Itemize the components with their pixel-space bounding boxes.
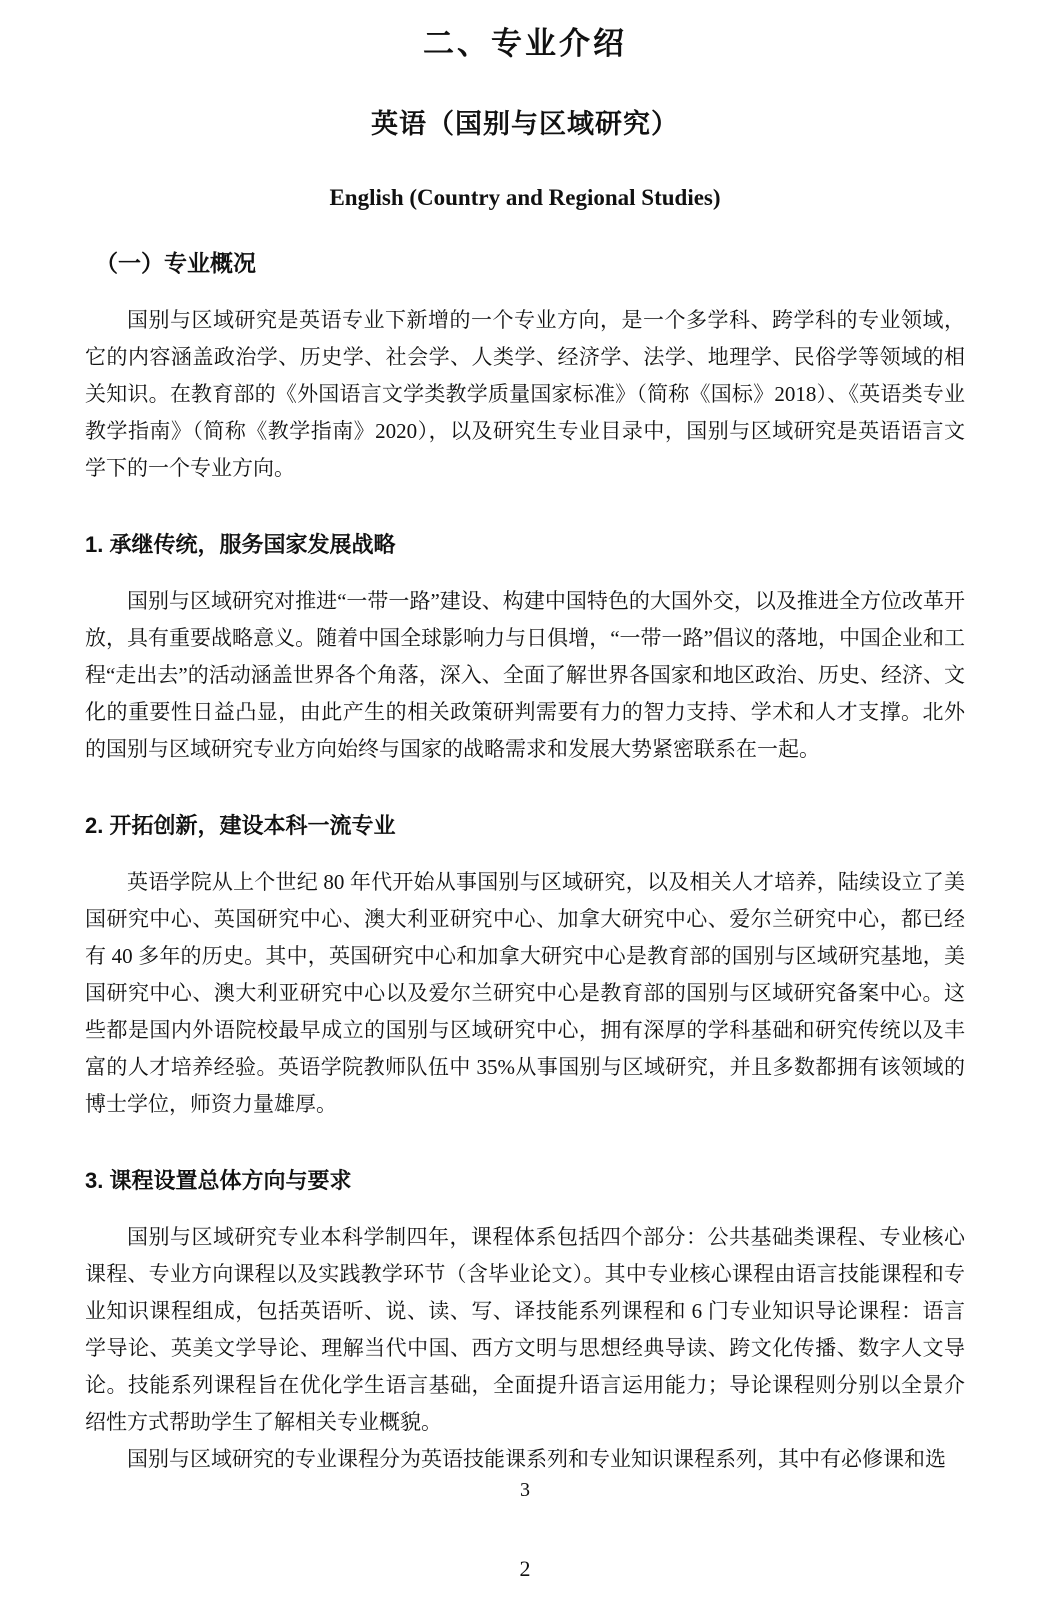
subsection-1-paragraph: 国别与区域研究对推进“一带一路”建设、构建中国特色的大国外交，以及推进全方位改革… <box>85 583 965 768</box>
chapter-title: 二、专业介绍 <box>85 26 965 62</box>
section-heading-overview: （一）专业概况 <box>85 248 965 278</box>
outer-page-number: 2 <box>0 1556 1050 1582</box>
subsection-3-paragraph-1: 国别与区域研究专业本科学制四年，课程体系包括四个部分：公共基础类课程、专业核心课… <box>85 1219 965 1441</box>
intro-paragraph: 国别与区域研究是英语专业下新增的一个专业方向，是一个多学科、跨学科的专业领域，它… <box>85 302 965 487</box>
subsection-2-paragraph: 英语学院从上个世纪 80 年代开始从事国别与区域研究，以及相关人才培养，陆续设立… <box>85 864 965 1123</box>
subsection-3-paragraph-2: 国别与区域研究的专业课程分为英语技能课系列和专业知识课程系列，其中有必修课和选 <box>85 1441 965 1478</box>
document-content: 二、专业介绍 英语（国别与区域研究） English (Country and … <box>0 26 1050 1478</box>
document-page: 二、专业介绍 英语（国别与区域研究） English (Country and … <box>0 0 1050 1600</box>
program-title-en: English (Country and Regional Studies) <box>85 184 965 212</box>
program-title-zh: 英语（国别与区域研究） <box>85 108 965 140</box>
subsection-heading-3: 3. 课程设置总体方向与要求 <box>85 1167 965 1195</box>
subsection-heading-1: 1. 承继传统，服务国家发展战略 <box>85 531 965 559</box>
subsection-heading-2: 2. 开拓创新，建设本科一流专业 <box>85 812 965 840</box>
inner-page-number: 3 <box>0 1478 1050 1502</box>
